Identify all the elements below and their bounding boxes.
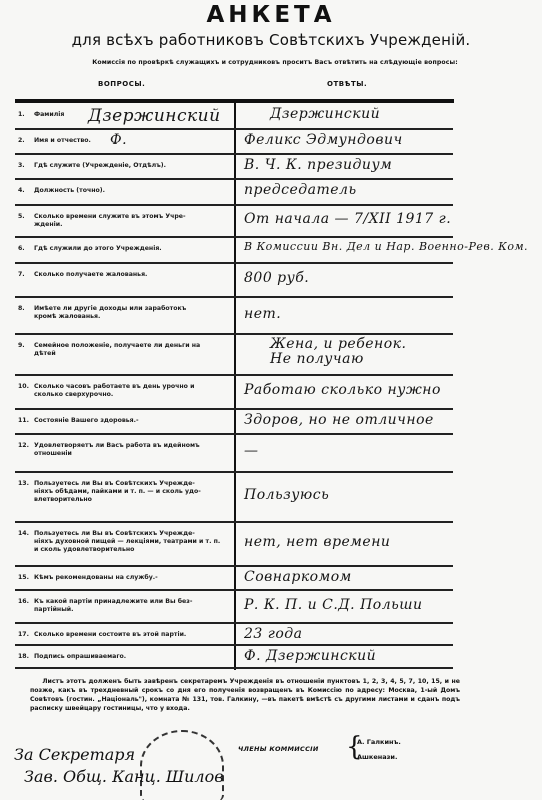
question-text-continued: ніяхъ духовной пищей — лекціями, театрам… (18, 538, 226, 554)
answer-field[interactable]: нет, нет времени (244, 534, 542, 550)
answer-field[interactable]: Жена, и ребенок. Не получаю (270, 337, 430, 367)
question-number: 6. (18, 245, 34, 253)
question-text: Къ какой партіи принадлежите или Вы без- (34, 598, 192, 605)
row-separator (15, 204, 453, 206)
question-number: 18. (18, 653, 34, 661)
question-text: Кѣмъ рекомендованы на службу.- (34, 574, 158, 581)
question-text: Удовлетворяетъ ли Васъ работа въ идейном… (34, 442, 200, 449)
question-text: Семейное положеніе, получаете ли деньги … (34, 342, 200, 349)
question-number: 7. (18, 271, 34, 279)
question-label: 3.Гдѣ служите (Учрежденіе, Отдѣлъ). (18, 162, 226, 170)
row-separator (15, 236, 453, 238)
question-label: 6.Гдѣ служили до этого Учрежденія. (18, 245, 226, 253)
row-separator (15, 644, 453, 646)
question-text: Имѣете ли другіе доходы или заработокъ (34, 305, 186, 312)
question-text: Сколько получаете жалованья. (34, 271, 147, 278)
commission-members-label: ЧЛЕНЫ КОММИССІИ (238, 745, 319, 753)
answer-field[interactable]: нет. (244, 306, 542, 322)
question-text: Сколько времени состоите въ этой партіи. (34, 631, 186, 638)
question-number: 11. (18, 417, 34, 425)
question-number: 8. (18, 305, 34, 313)
question-label: 7.Сколько получаете жалованья. (18, 271, 226, 279)
member-name: Ашкенази. (357, 753, 397, 761)
question-number: 14. (18, 530, 34, 538)
handwritten-question-note: Ф. (110, 132, 127, 148)
question-text: Фамилія (34, 111, 64, 118)
question-text: Имя и отчество. (34, 137, 91, 144)
question-text-continued: отношеніи (18, 450, 226, 458)
question-label: 13.Пользуетесь ли Вы въ Совѣтскихъ Учреж… (18, 480, 226, 504)
answer-field[interactable]: 800 руб. (244, 270, 542, 286)
question-label: 17.Сколько времени состоите въ этой парт… (18, 631, 226, 639)
answer-field[interactable]: Р. К. П. и С.Д. Польши (244, 597, 542, 613)
question-text-continued: дѣтей (18, 350, 226, 358)
secretary-signature-line1: За Секретаря (14, 745, 135, 764)
answer-field[interactable]: председатель (244, 182, 542, 198)
column-header-answers: ОТВѢТЫ. (327, 80, 367, 88)
question-number: 3. (18, 162, 34, 170)
question-label: 16.Къ какой партіи принадлежите или Вы б… (18, 598, 226, 614)
question-text-continued: партійный. (18, 606, 226, 614)
question-number: 10. (18, 383, 34, 391)
answer-field[interactable]: Феликс Эдмундович (244, 132, 542, 148)
question-text: Сколько времени служите въ этомъ Учре- (34, 213, 186, 220)
question-label: 8.Имѣете ли другіе доходы или заработокъ… (18, 305, 226, 321)
column-header-questions: ВОПРОСЫ. (98, 80, 145, 88)
question-label: 10.Сколько часовъ работаете въ день уроч… (18, 383, 226, 399)
question-text: Подпись опрашиваемаго. (34, 653, 126, 660)
question-number: 9. (18, 342, 34, 350)
answer-field[interactable]: В. Ч. К. президиум (244, 157, 542, 173)
question-text: Сколько часовъ работаете въ день урочно … (34, 383, 194, 390)
row-separator (15, 565, 453, 567)
answer-field[interactable]: Совнаркомом (244, 569, 542, 585)
row-separator (15, 333, 453, 335)
question-text-continued: ніяхъ обѣдами, пайками и т. п. — и сколь… (18, 488, 226, 504)
answer-field[interactable]: От начала — 7/XII 1917 г. (244, 211, 542, 227)
answer-field[interactable]: Ф. Дзержинский (244, 648, 542, 664)
row-separator (15, 296, 453, 298)
question-label: 9.Семейное положеніе, получаете ли деньг… (18, 342, 226, 358)
question-text: Состояніе Вашего здоровья.- (34, 417, 139, 424)
row-separator (15, 128, 453, 130)
question-text-continued: сколько сверхурочно. (18, 391, 226, 399)
column-divider (234, 100, 236, 670)
question-label: 11.Состояніе Вашего здоровья.- (18, 417, 226, 425)
row-separator (15, 471, 453, 473)
question-number: 2. (18, 137, 34, 145)
handwritten-question-note: Дзержинский (88, 106, 221, 126)
answer-field[interactable]: Пользуюсь (244, 487, 542, 503)
answer-field[interactable]: 23 года (244, 626, 542, 642)
question-text-continued: жденіи. (18, 221, 226, 229)
question-label: 12.Удовлетворяетъ ли Васъ работа въ идей… (18, 442, 226, 458)
question-text: Гдѣ служите (Учрежденіе, Отдѣлъ). (34, 162, 166, 169)
question-label: 5.Сколько времени служите въ этомъ Учре-… (18, 213, 226, 229)
footer-note: Листъ этотъ долженъ быть завѣренъ секрет… (30, 677, 460, 713)
answer-field[interactable]: Здоров, но не отличное (244, 412, 542, 428)
answer-field[interactable]: — (244, 443, 542, 459)
row-separator (15, 153, 453, 155)
row-separator (15, 178, 453, 180)
row-separator (15, 589, 453, 591)
member-name: А. Галкинъ. (357, 738, 401, 746)
question-text: Должность (точно). (34, 187, 105, 194)
question-text: Гдѣ служили до этого Учрежденія. (34, 245, 162, 252)
page-title: АНКЕТА (0, 2, 542, 28)
row-separator (15, 667, 453, 669)
question-number: 1. (18, 111, 34, 119)
question-number: 4. (18, 187, 34, 195)
question-number: 17. (18, 631, 34, 639)
question-number: 12. (18, 442, 34, 450)
question-number: 15. (18, 574, 34, 582)
question-number: 16. (18, 598, 34, 606)
row-separator (15, 622, 453, 624)
answer-field[interactable]: Работаю сколько нужно (244, 382, 542, 398)
question-label: 15.Кѣмъ рекомендованы на службу.- (18, 574, 226, 582)
row-separator (15, 521, 453, 523)
question-number: 13. (18, 480, 34, 488)
row-separator (15, 408, 453, 410)
question-label: 14.Пользуетесь ли Вы въ Совѣтскихъ Учреж… (18, 530, 226, 554)
row-separator (15, 262, 453, 264)
question-text-continued: кромѣ жалованья. (18, 313, 226, 321)
question-text: Пользуетесь ли Вы въ Совѣтскихъ Учрежде- (34, 480, 195, 487)
answer-field[interactable]: Дзержинский (270, 106, 542, 122)
official-stamp (140, 730, 224, 800)
question-number: 5. (18, 213, 34, 221)
secretary-signature-line2: Зав. Общ. Канц. Шилов (24, 767, 224, 786)
question-label: 18.Подпись опрашиваемаго. (18, 653, 226, 661)
row-separator (15, 374, 453, 376)
instruction-text: Комиссія по провѣркѣ служащихъ и сотрудн… (10, 59, 540, 66)
question-text: Пользуетесь ли Вы въ Совѣтскихъ Учрежде- (34, 530, 195, 537)
page-subtitle: для всѣхъ работниковъ Совѣтскихъ Учрежде… (0, 31, 542, 49)
answer-field[interactable]: В Комиссии Вн. Дел и Нар. Военно-Рев. Ко… (244, 240, 542, 253)
question-label: 4.Должность (точно). (18, 187, 226, 195)
row-separator (15, 433, 453, 435)
